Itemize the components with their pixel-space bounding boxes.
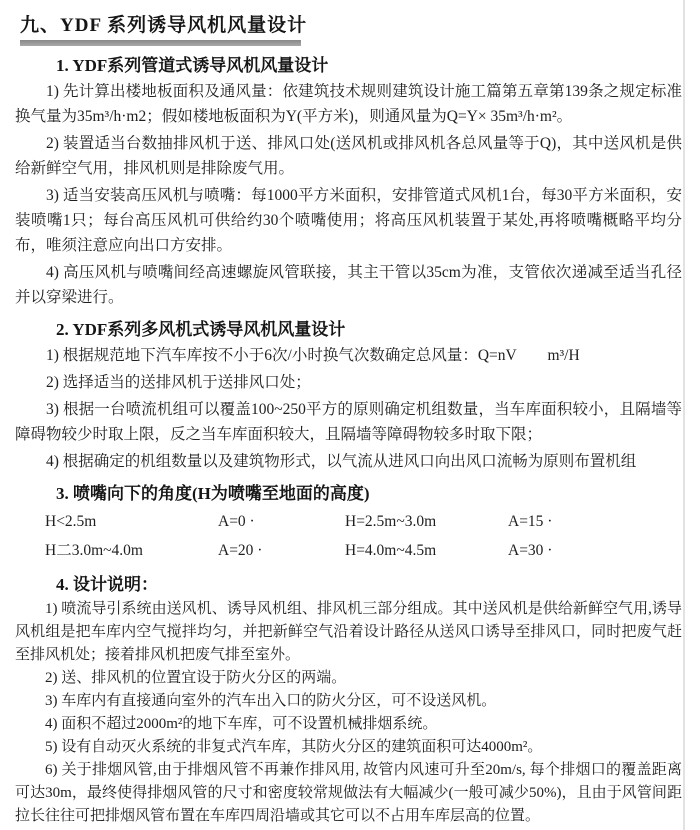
section-4-item-3: 3) 车库内有直接通向室外的汽车出入口的防火分区，可不设送风机。 [15, 690, 682, 713]
section-1-heading: 1. YDF系列管道式诱导风机风量设计 [56, 55, 682, 76]
angle-cell-r2c4: A=30 · [508, 536, 682, 565]
angle-cell-r1c1: H<2.5m [45, 507, 218, 536]
section-2-item-2: 2) 选择适当的送排风机于送排风口处； [15, 370, 682, 395]
section-4-item-6: 6) 关于排烟风管,由于排烟风管不再兼作排风用, 故管内风速可升至20m/s, … [15, 759, 682, 828]
section-4-heading: 4. 设计说明： [56, 574, 682, 595]
nozzle-angle-table: H<2.5m A=0 · H=2.5m~3.0m A=15 · H二3.0m~4… [45, 507, 682, 565]
section-2-item-1: 1) 根据规范地下汽车库按不小于6次/小时换气次数确定总风量：Q=nV m³/H [15, 343, 682, 368]
document-page: 九、YDF 系列诱导风机风量设计 1. YDF系列管道式诱导风机风量设计 1) … [0, 0, 700, 830]
section-4-item-2: 2) 送、排风机的位置宜设于防火分区的两端。 [15, 667, 682, 690]
section-duct-type-design: 1. YDF系列管道式诱导风机风量设计 1) 先计算出楼地板面积及通风量：依建筑… [15, 55, 682, 310]
section-1-item-2: 2) 装置适当台数抽排风机于送、排风口处(送风机或排风机各总风量等于Q)，其中送… [15, 131, 682, 181]
section-2-item-4: 4) 根据确定的机组数量以及建筑物形式，以气流从进风口向出风口流畅为原则布置机组 [15, 449, 682, 474]
section-4-item-5: 5) 设有自动灭火系统的非复式汽车库，其防火分区的建筑面积可达4000m²。 [15, 736, 682, 759]
section-1-item-3: 3) 适当安装高压风机与喷嘴：每1000平方米面积，安排管道式风机1台，每30平… [15, 183, 682, 258]
section-1-item-1: 1) 先计算出楼地板面积及通风量：依建筑技术规则建筑设计施工篇第五章第139条之… [15, 79, 682, 129]
section-2-item-3: 3) 根据一台喷流机组可以覆盖100~250平方的原则确定机组数量，当车库面积较… [15, 397, 682, 447]
section-multi-fan-design: 2. YDF系列多风机式诱导风机风量设计 1) 根据规范地下汽车库按不小于6次/… [15, 319, 682, 474]
section-2-heading: 2. YDF系列多风机式诱导风机风量设计 [56, 319, 682, 340]
section-3-heading: 3. 喷嘴向下的角度(H为喷嘴至地面的高度) [56, 483, 682, 504]
section-nozzle-angle: 3. 喷嘴向下的角度(H为喷嘴至地面的高度) H<2.5m A=0 · H=2.… [15, 483, 682, 565]
angle-cell-r2c2: A=20 · [218, 536, 345, 565]
angle-cell-r1c2: A=0 · [218, 507, 345, 536]
angle-cell-r1c4: A=15 · [508, 507, 682, 536]
title-underline-bar [20, 40, 301, 46]
section-design-notes: 4. 设计说明： 1) 喷流导引系统由送风机、诱导风机组、排风机三部分组成。其中… [15, 574, 682, 828]
angle-cell-r2c3: H=4.0m~4.5m [345, 536, 508, 565]
section-4-item-1: 1) 喷流导引系统由送风机、诱导风机组、排风机三部分组成。其中送风机是供给新鲜空… [15, 598, 682, 667]
page-title: 九、YDF 系列诱导风机风量设计 [20, 10, 682, 37]
angle-cell-r2c1: H二3.0m~4.0m [45, 536, 218, 565]
angle-cell-r1c3: H=2.5m~3.0m [345, 507, 508, 536]
section-1-item-4: 4) 高压风机与喷嘴间经高速螺旋风管联接，其主干管以35cm为准，支管依次递减至… [15, 260, 682, 310]
page-right-edge-line [683, 0, 685, 830]
section-4-item-4: 4) 面积不超过2000m²的地下车库，可不设置机械排烟系统。 [15, 713, 682, 736]
